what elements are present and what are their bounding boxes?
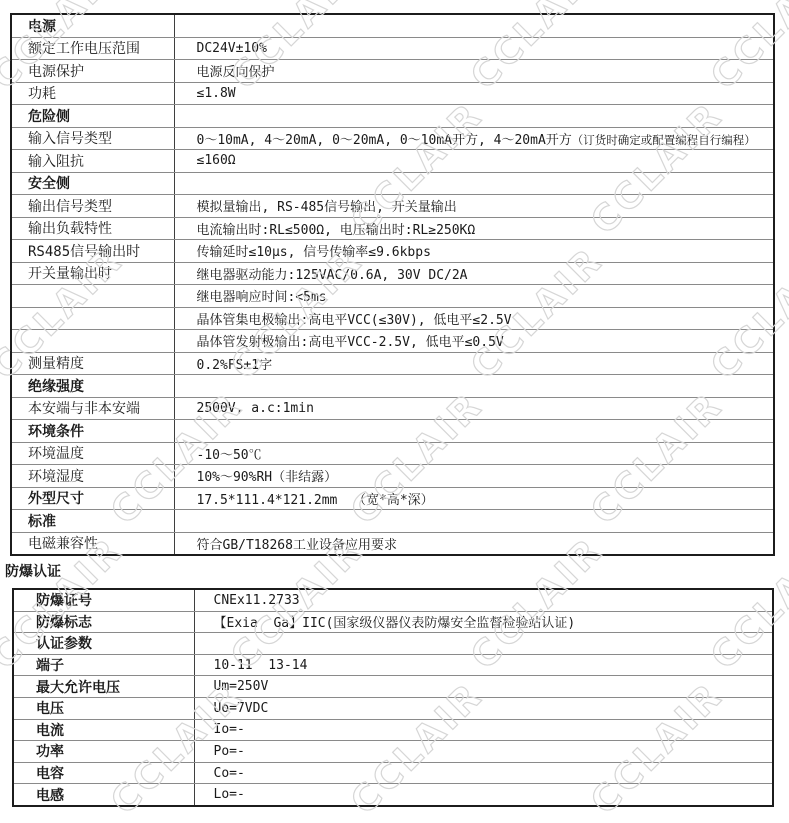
row-label-text: 端子 [36, 658, 64, 674]
table-row: 标准 [11, 510, 774, 533]
row-value [194, 633, 773, 655]
row-label: 环境条件 [11, 420, 174, 443]
row-value: 0.2%FS±1字 [174, 352, 774, 375]
table-row: 功耗≤1.8W [11, 82, 774, 105]
row-value-text: -10～50℃ [197, 448, 262, 463]
table-row: 电流Io=- [13, 719, 773, 741]
row-value-text: 晶体管发射极输出:高电平VCC-2.5V, 低电平≤0.5V [197, 335, 504, 350]
row-label: 电磁兼容性 [11, 532, 174, 555]
row-value: -10～50℃ [174, 442, 774, 465]
row-value-text: Io=- [214, 722, 245, 737]
row-label-text: 电压 [36, 701, 64, 717]
section-title-explosion-proof-certification: 防爆认证 [5, 561, 61, 581]
row-label: 电容 [13, 762, 194, 784]
row-label-text: 环境温度 [28, 446, 84, 462]
row-value-text: 2500V, a.c:1min [197, 401, 314, 416]
row-label [11, 307, 174, 330]
row-label-text: 本安端与非本安端 [28, 401, 140, 417]
table-row: 功率Po=- [13, 741, 773, 763]
row-value-text: 传输延时≤10μs, 信号传输率≤9.6kbps [197, 245, 431, 260]
row-label-text: 外型尺寸 [28, 491, 84, 507]
spec-table-certification: 防爆证号CNEx11.2733防爆标志【Exia Ga】IIC(国家级仪器仪表防… [12, 588, 774, 807]
row-label: 输入阻抗 [11, 150, 174, 173]
table-row: 输出信号类型模拟量输出, RS-485信号输出, 开关量输出 [11, 195, 774, 218]
row-label: 开关量输出时 [11, 262, 174, 285]
row-value-text: 符合GB/T18268工业设备应用要求 [197, 538, 397, 553]
row-label: 电源保护 [11, 60, 174, 83]
table-row: 防爆证号CNEx11.2733 [13, 589, 773, 611]
table-row: 安全侧 [11, 172, 774, 195]
row-value [174, 375, 774, 398]
row-label-text: 电感 [36, 788, 64, 804]
row-label-text: 测量精度 [28, 356, 84, 372]
row-value: 电流输出时:RL≤500Ω, 电压输出时:RL≥250KΩ [174, 217, 774, 240]
row-value: Lo=- [194, 784, 773, 806]
table-row: 电源保护电源反向保护 [11, 60, 774, 83]
row-label-text: 输入信号类型 [28, 131, 112, 147]
row-value: DC24V±10% [174, 37, 774, 60]
spec-table-certification-body: 防爆证号CNEx11.2733防爆标志【Exia Ga】IIC(国家级仪器仪表防… [13, 589, 773, 806]
row-label: 端子 [13, 654, 194, 676]
row-label: 功率 [13, 741, 194, 763]
table-row: 测量精度0.2%FS±1字 [11, 352, 774, 375]
table-row: 电压Uo=7VDC [13, 697, 773, 719]
table-row: 环境湿度10%～90%RH（非结露） [11, 465, 774, 488]
table-row: 继电器响应时间:<5ms [11, 285, 774, 308]
row-value-text: Co=- [214, 766, 245, 781]
row-value: 2500V, a.c:1min [174, 397, 774, 420]
row-label: 输出负载特性 [11, 217, 174, 240]
row-label-text: 额定工作电压范围 [28, 41, 140, 57]
row-value: 继电器响应时间:<5ms [174, 285, 774, 308]
row-label: 最大允许电压 [13, 676, 194, 698]
row-label: 输出信号类型 [11, 195, 174, 218]
table-row: 环境温度-10～50℃ [11, 442, 774, 465]
row-value-text: 电流输出时:RL≤500Ω, 电压输出时:RL≥250KΩ [197, 223, 476, 238]
row-label [11, 330, 174, 353]
table-row: 电磁兼容性符合GB/T18268工业设备应用要求 [11, 532, 774, 555]
row-label: 防爆证号 [13, 589, 194, 611]
row-label-text: 电源 [28, 19, 56, 35]
row-label-text: 开关量输出时 [28, 266, 112, 282]
spec-table-main-body: 电源额定工作电压范围DC24V±10%电源保护电源反向保护功耗≤1.8W危险侧输… [11, 14, 774, 555]
row-label-text: 危险侧 [28, 109, 70, 125]
row-value: CNEx11.2733 [194, 589, 773, 611]
row-label: 危险侧 [11, 105, 174, 128]
row-value-text: 继电器驱动能力:125VAC/0.6A, 30V DC/2A [197, 268, 468, 283]
row-value-text: ≤1.8W [197, 86, 236, 101]
row-value: 符合GB/T18268工业设备应用要求 [174, 532, 774, 555]
row-label: 认证参数 [13, 633, 194, 655]
row-label-text: 电流 [36, 723, 64, 739]
spec-sheet-page: { "watermark": { "text": "CCLAIR", "colo… [0, 0, 789, 823]
row-value-text: ≤160Ω [197, 153, 236, 168]
row-label: 电感 [13, 784, 194, 806]
row-value-text: 模拟量输出, RS-485信号输出, 开关量输出 [197, 200, 457, 215]
row-label-text: 环境条件 [28, 424, 84, 440]
row-value-note: （订货时确定或配置编程自行编程） [572, 133, 756, 147]
row-value-text: Po=- [214, 744, 245, 759]
row-label-text: 电源保护 [28, 64, 84, 80]
row-label: 安全侧 [11, 172, 174, 195]
row-value-text: 0.2%FS±1字 [197, 358, 273, 373]
table-row: 电源 [11, 14, 774, 37]
row-value: Io=- [194, 719, 773, 741]
table-row: 认证参数 [13, 633, 773, 655]
table-row: 本安端与非本安端2500V, a.c:1min [11, 397, 774, 420]
row-value [174, 105, 774, 128]
table-row: 输出负载特性电流输出时:RL≤500Ω, 电压输出时:RL≥250KΩ [11, 217, 774, 240]
row-label-text: 输入阻抗 [28, 154, 84, 170]
table-row: 额定工作电压范围DC24V±10% [11, 37, 774, 60]
table-row: 电感Lo=- [13, 784, 773, 806]
table-row: 晶体管集电极输出:高电平VCC(≤30V), 低电平≤2.5V [11, 307, 774, 330]
table-row: 输入信号类型0～10mA, 4～20mA, 0～20mA, 0～10mA开方, … [11, 127, 774, 150]
row-value-text: 17.5*111.4*121.2mm （宽*高*深） [197, 493, 434, 508]
row-label-text: 安全侧 [28, 176, 70, 192]
row-label-text: 功率 [36, 744, 64, 760]
row-value-text: 10-11 13-14 [214, 658, 308, 673]
row-label: 防爆标志 [13, 611, 194, 633]
table-row: 外型尺寸17.5*111.4*121.2mm （宽*高*深） [11, 487, 774, 510]
table-row: RS485信号输出时传输延时≤10μs, 信号传输率≤9.6kbps [11, 240, 774, 263]
row-label-text: 防爆标志 [36, 615, 92, 631]
table-row: 危险侧 [11, 105, 774, 128]
row-value: 【Exia Ga】IIC(国家级仪器仪表防爆安全监督检验站认证) [194, 611, 773, 633]
row-label-text: 标准 [28, 514, 56, 530]
table-row: 电容Co=- [13, 762, 773, 784]
row-value: Po=- [194, 741, 773, 763]
row-label: 标准 [11, 510, 174, 533]
row-value: ≤160Ω [174, 150, 774, 173]
row-value [174, 510, 774, 533]
row-value: 电源反向保护 [174, 60, 774, 83]
row-label-text: 最大允许电压 [36, 680, 120, 696]
row-value: 模拟量输出, RS-485信号输出, 开关量输出 [174, 195, 774, 218]
row-label: 输入信号类型 [11, 127, 174, 150]
row-value: 17.5*111.4*121.2mm （宽*高*深） [174, 487, 774, 510]
row-value-text: 0～10mA, 4～20mA, 0～20mA, 0～10mA开方, 4～20mA… [197, 133, 572, 148]
row-label: 环境温度 [11, 442, 174, 465]
table-row: 端子10-11 13-14 [13, 654, 773, 676]
row-value: 10%～90%RH（非结露） [174, 465, 774, 488]
row-label: 测量精度 [11, 352, 174, 375]
row-label: 电压 [13, 697, 194, 719]
row-value: 晶体管发射极输出:高电平VCC-2.5V, 低电平≤0.5V [174, 330, 774, 353]
row-value-text: 继电器响应时间:<5ms [197, 290, 327, 305]
row-value-text: 【Exia Ga】IIC(国家级仪器仪表防爆安全监督检验站认证) [214, 616, 576, 631]
row-label-text: 绝缘强度 [28, 379, 84, 395]
row-value-text: 10%～90%RH（非结露） [197, 470, 338, 485]
row-label: 额定工作电压范围 [11, 37, 174, 60]
table-row: 最大允许电压Um=250V [13, 676, 773, 698]
row-value: 0～10mA, 4～20mA, 0～20mA, 0～10mA开方, 4～20mA… [174, 127, 774, 150]
table-row: 晶体管发射极输出:高电平VCC-2.5V, 低电平≤0.5V [11, 330, 774, 353]
table-row: 绝缘强度 [11, 375, 774, 398]
row-value-text: CNEx11.2733 [214, 593, 300, 608]
table-row: 输入阻抗≤160Ω [11, 150, 774, 173]
row-label-text: 认证参数 [36, 636, 92, 652]
row-label-text: 环境湿度 [28, 469, 84, 485]
row-value-text: Um=250V [214, 679, 269, 694]
row-value-text: Uo=7VDC [214, 701, 269, 716]
row-label-text: RS485信号输出时 [28, 244, 140, 260]
row-label: 电源 [11, 14, 174, 37]
row-value: Um=250V [194, 676, 773, 698]
row-value-text: 电源反向保护 [197, 65, 275, 80]
row-label-text: 输出负载特性 [28, 221, 112, 237]
row-label: 绝缘强度 [11, 375, 174, 398]
row-value [174, 14, 774, 37]
row-label: 环境湿度 [11, 465, 174, 488]
row-value: Uo=7VDC [194, 697, 773, 719]
row-label-text: 电容 [36, 766, 64, 782]
row-value-text: DC24V±10% [197, 41, 267, 56]
table-row: 防爆标志【Exia Ga】IIC(国家级仪器仪表防爆安全监督检验站认证) [13, 611, 773, 633]
row-value: 10-11 13-14 [194, 654, 773, 676]
row-value: Co=- [194, 762, 773, 784]
row-value [174, 420, 774, 443]
row-value: 晶体管集电极输出:高电平VCC(≤30V), 低电平≤2.5V [174, 307, 774, 330]
row-value-text: 晶体管集电极输出:高电平VCC(≤30V), 低电平≤2.5V [197, 313, 512, 328]
row-value: ≤1.8W [174, 82, 774, 105]
spec-table-main: 电源额定工作电压范围DC24V±10%电源保护电源反向保护功耗≤1.8W危险侧输… [10, 13, 775, 556]
table-row: 环境条件 [11, 420, 774, 443]
row-label: 外型尺寸 [11, 487, 174, 510]
row-label-text: 功耗 [28, 86, 56, 102]
row-value-text: Lo=- [214, 787, 245, 802]
row-label-text: 电磁兼容性 [28, 536, 98, 552]
row-label: 本安端与非本安端 [11, 397, 174, 420]
row-label: RS485信号输出时 [11, 240, 174, 263]
row-value [174, 172, 774, 195]
row-label-text: 防爆证号 [36, 593, 92, 609]
table-row: 开关量输出时继电器驱动能力:125VAC/0.6A, 30V DC/2A [11, 262, 774, 285]
row-label-text: 输出信号类型 [28, 199, 112, 215]
row-value: 传输延时≤10μs, 信号传输率≤9.6kbps [174, 240, 774, 263]
row-label: 电流 [13, 719, 194, 741]
row-label [11, 285, 174, 308]
row-value: 继电器驱动能力:125VAC/0.6A, 30V DC/2A [174, 262, 774, 285]
row-label: 功耗 [11, 82, 174, 105]
